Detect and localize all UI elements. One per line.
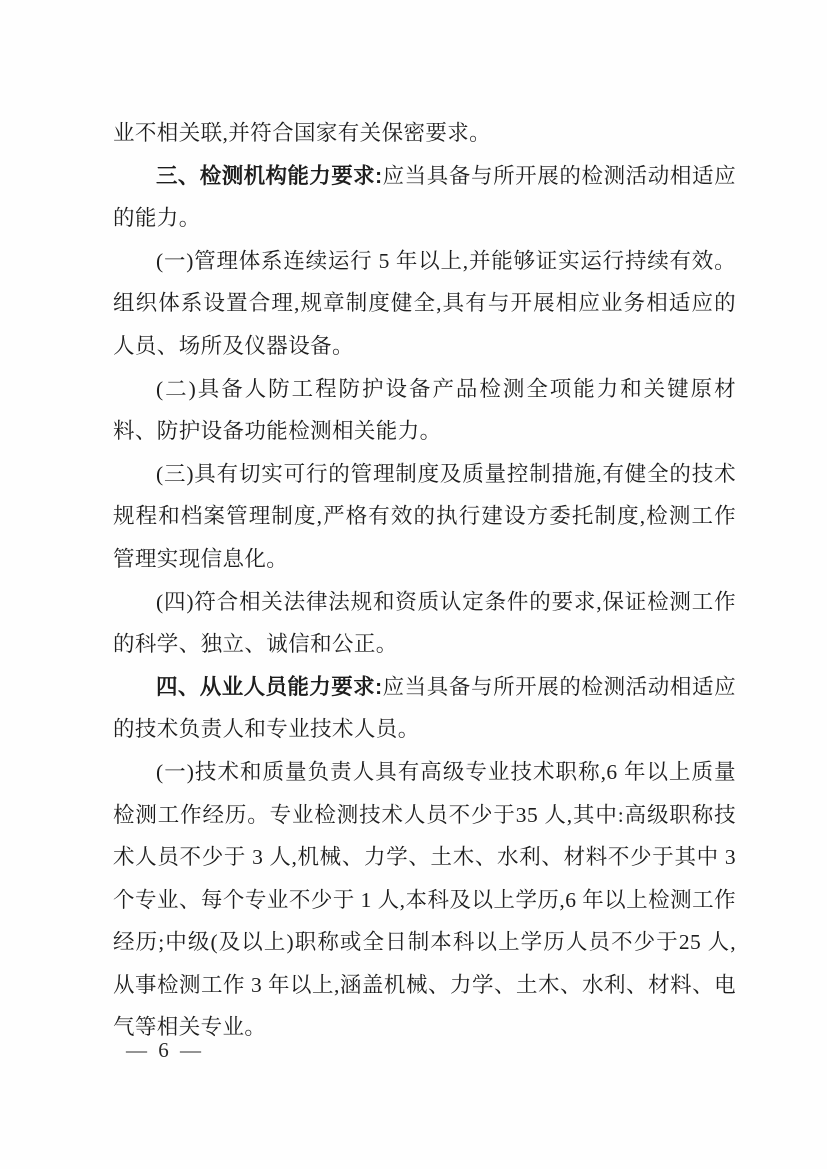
paragraph-item-4: (四)符合相关法律法规和资质认定条件的要求,保证检测工作的科学、独立、诚信和公正… — [113, 581, 736, 666]
paragraph-text: (一)技术和质量负责人具有高级专业技术职称,6 年以上质量检测工作经历。专业检测… — [113, 760, 736, 1040]
paragraph-section-3-heading: 三、检测机构能力要求:应当具备与所开展的检测活动相适应的能力。 — [113, 155, 736, 240]
paragraph-text: (二)具备人防工程防护设备产品检测全项能力和关键原材料、防护设备功能检测相关能力… — [113, 377, 736, 444]
paragraph-continuation: 业不相关联,并符合国家有关保密要求。 — [113, 112, 736, 155]
paragraph-text: 业不相关联,并符合国家有关保密要求。 — [113, 121, 491, 145]
paragraph-item-3: (三)具有切实可行的管理制度及质量控制措施,有健全的技术规程和档案管理制度,严格… — [113, 453, 736, 581]
document-body: 业不相关联,并符合国家有关保密要求。 三、检测机构能力要求:应当具备与所开展的检… — [113, 112, 736, 1049]
page-number: — 6 — — [126, 1035, 204, 1065]
document-page: 业不相关联,并符合国家有关保密要求。 三、检测机构能力要求:应当具备与所开展的检… — [0, 0, 827, 1169]
paragraph-text: (三)具有切实可行的管理制度及质量控制措施,有健全的技术规程和档案管理制度,严格… — [113, 462, 736, 571]
paragraph-text: (四)符合相关法律法规和资质认定条件的要求,保证检测工作的科学、独立、诚信和公正… — [113, 590, 736, 657]
paragraph-text: (一)管理体系连续运行 5 年以上,并能够证实运行持续有效。组织体系设置合理,规… — [113, 249, 736, 358]
paragraph-item-2: (二)具备人防工程防护设备产品检测全项能力和关键原材料、防护设备功能检测相关能力… — [113, 368, 736, 453]
paragraph-section-4-heading: 四、从业人员能力要求:应当具备与所开展的检测活动相适应的技术负责人和专业技术人员… — [113, 666, 736, 751]
paragraph-item-1: (一)管理体系连续运行 5 年以上,并能够证实运行持续有效。组织体系设置合理,规… — [113, 240, 736, 368]
section-3-title: 三、检测机构能力要求: — [156, 164, 382, 188]
section-4-title: 四、从业人员能力要求: — [156, 675, 382, 699]
paragraph-item-1-personnel: (一)技术和质量负责人具有高级专业技术职称,6 年以上质量检测工作经历。专业检测… — [113, 751, 736, 1049]
